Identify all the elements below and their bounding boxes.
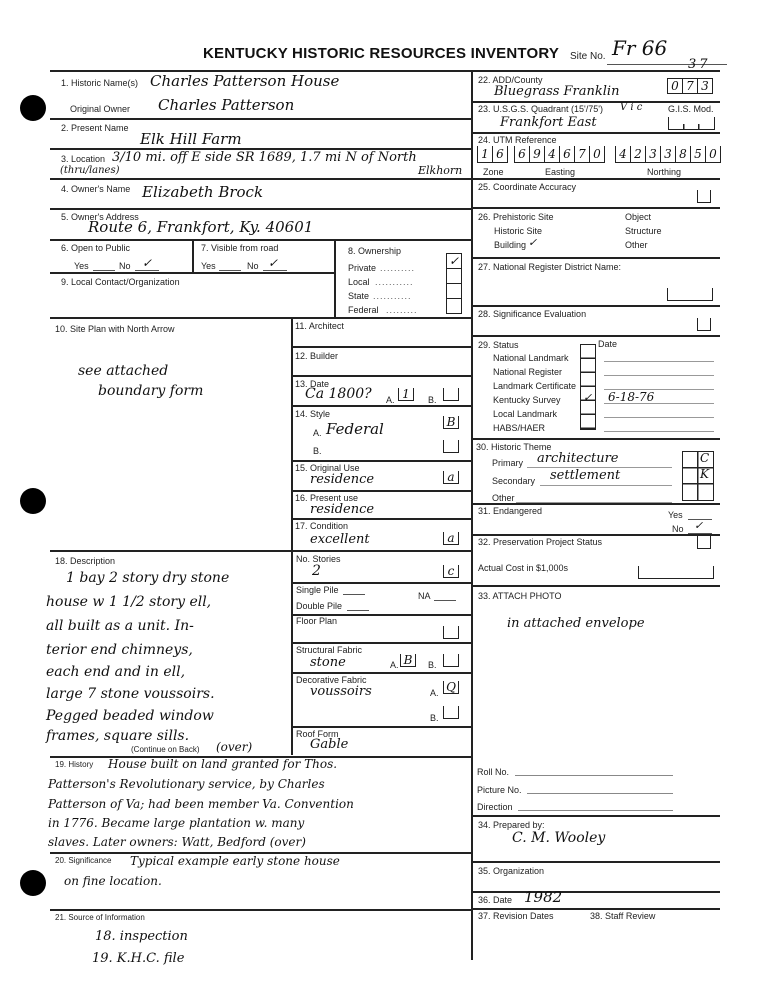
prepared-by-value[interactable]: C. M. Wooley xyxy=(512,830,605,846)
field-14-label: 14. Style xyxy=(295,409,330,419)
site-plan-line1[interactable]: see attached xyxy=(78,363,168,379)
ownership-federal-checkbox[interactable] xyxy=(446,298,462,314)
decorative-fabric-value[interactable]: voussoirs xyxy=(310,684,372,699)
continue-on-back: (Continue on Back) xyxy=(131,745,199,754)
divider xyxy=(50,317,471,319)
easting-label: Easting xyxy=(545,167,575,177)
county-code-boxes[interactable]: 0 7 3 xyxy=(667,78,713,94)
status-local-landmark: Local Landmark xyxy=(493,409,557,419)
date-prepared-value[interactable]: 1982 xyxy=(524,888,562,906)
decorative-b-label: B. xyxy=(430,713,439,723)
style-a-box[interactable]: B xyxy=(443,416,459,429)
style-a-value[interactable]: Federal xyxy=(326,420,384,438)
add-county-value[interactable]: Bluegrass Franklin xyxy=(494,84,619,99)
description-over: (over) xyxy=(216,740,252,754)
present-use-value[interactable]: residence xyxy=(310,502,374,517)
site-plan-line2[interactable]: boundary form xyxy=(98,383,203,399)
field-8-label: 8. Ownership xyxy=(348,246,401,256)
roll-no-label: Roll No. xyxy=(477,767,509,777)
field-33-label: 33. ATTACH PHOTO xyxy=(478,591,562,601)
na-label: NA xyxy=(418,591,431,601)
divider xyxy=(291,317,293,755)
structural-a-label: A. xyxy=(390,660,399,670)
field-3-label: 3. Location xyxy=(61,154,105,164)
status-landmark-certificate: Landmark Certificate xyxy=(493,381,576,391)
original-owner-label: Original Owner xyxy=(70,104,130,114)
field-35-label: 35. Organization xyxy=(478,866,544,876)
divider xyxy=(334,239,336,317)
endangered-yes-label: Yes xyxy=(668,510,683,520)
open-yes-blank[interactable] xyxy=(93,270,115,271)
divider xyxy=(50,550,471,552)
status-date-line[interactable] xyxy=(604,431,714,432)
significance-line[interactable]: on fine location. xyxy=(64,874,162,888)
divider xyxy=(471,503,720,505)
structural-a-box[interactable]: B xyxy=(400,654,416,667)
endangered-no-mark: ✓ xyxy=(694,519,703,532)
ownership-state-checkbox[interactable] xyxy=(446,283,462,299)
field-11-label: 11. Architect xyxy=(295,321,344,331)
field-29-label: 29. Status xyxy=(478,340,519,350)
location-value-line1[interactable]: 3/10 mi. off E side SR 1689, 1.7 mi N of… xyxy=(112,150,417,165)
condition-value[interactable]: excellent xyxy=(310,532,370,547)
original-use-code[interactable]: a xyxy=(443,471,459,484)
leader-dots: ........... xyxy=(375,277,414,287)
building-mark: ✓ xyxy=(528,236,537,249)
status-date-line[interactable] xyxy=(604,417,714,418)
field-17-label: 17. Condition xyxy=(295,521,348,531)
style-b-box[interactable] xyxy=(443,440,459,453)
field-32-label: 32. Preservation Project Status xyxy=(478,537,602,547)
field-34-label: 34. Prepared by: xyxy=(478,820,545,830)
divider xyxy=(471,305,720,307)
date-b-box[interactable] xyxy=(443,388,459,401)
open-no-label: No xyxy=(119,261,131,271)
field-10-label: 10. Site Plan with North Arrow xyxy=(55,324,175,334)
field-36-label: 36. Date xyxy=(478,895,512,905)
history-line[interactable]: Patterson of Va; had been member Va. Con… xyxy=(48,797,354,811)
ownership-local: Local xyxy=(348,277,370,287)
coordinate-accuracy-box[interactable] xyxy=(697,190,711,203)
description-line[interactable]: all built as a unit. In- xyxy=(46,618,194,634)
history-line[interactable]: in 1776. Became large plantation w. many xyxy=(48,816,304,830)
decorative-b-box[interactable] xyxy=(443,706,459,719)
kentucky-survey-date[interactable]: 6-18-76 xyxy=(608,390,654,404)
field-18-label: 18. Description xyxy=(55,556,115,566)
gis-mod-box[interactable] xyxy=(668,117,715,130)
condition-code[interactable]: a xyxy=(443,532,459,545)
object-option[interactable]: Object xyxy=(625,212,651,222)
divider xyxy=(471,815,720,817)
significance-line[interactable]: Typical example early stone house xyxy=(130,854,340,868)
field-12-label: 12. Builder xyxy=(295,351,338,361)
open-no-mark: ✓ xyxy=(142,256,152,270)
divider xyxy=(291,642,471,644)
field-21-label: 21. Source of Information xyxy=(55,913,145,922)
utm-easting-boxes[interactable]: 694670 xyxy=(514,146,605,163)
owner-name-value[interactable]: Elizabeth Brock xyxy=(142,183,263,201)
field-20-label: 20. Significance xyxy=(55,856,111,865)
location-value-line2[interactable]: Elkhorn xyxy=(418,164,462,177)
district-code-box[interactable] xyxy=(667,288,713,301)
theme-secondary-value[interactable]: settlement xyxy=(550,468,620,483)
building-option[interactable]: Building xyxy=(494,240,526,250)
description-line[interactable]: terior end chimneys, xyxy=(46,642,193,658)
style-b-label: B. xyxy=(313,446,322,456)
status-habs-haer: HABS/HAER xyxy=(493,423,545,433)
ownership-private: Private xyxy=(348,263,376,273)
divider xyxy=(471,891,720,893)
gis-mod-label: G.I.S. Mod. xyxy=(668,104,714,114)
field-25-label: 25. Coordinate Accuracy xyxy=(478,182,576,192)
divider xyxy=(291,582,471,584)
divider xyxy=(50,272,334,274)
field-9-label: 9. Local Contact/Organization xyxy=(61,277,180,287)
description-line[interactable]: large 7 stone voussoirs. xyxy=(46,686,215,702)
other-option[interactable]: Other xyxy=(625,240,648,250)
picture-no-blank[interactable] xyxy=(527,793,673,794)
divider xyxy=(50,118,471,120)
historic-site-option[interactable]: Historic Site xyxy=(494,226,542,236)
single-pile-blank[interactable] xyxy=(343,594,365,595)
open-yes-label: Yes xyxy=(74,261,89,271)
history-line[interactable]: House built on land granted for Thos. xyxy=(108,757,337,771)
structural-b-label: B. xyxy=(428,660,437,670)
divider xyxy=(50,239,471,241)
source-line[interactable]: 19. K.H.C. file xyxy=(92,951,184,966)
source-line[interactable]: 18. inspection xyxy=(95,929,188,944)
visible-no-blank[interactable] xyxy=(263,270,287,271)
divider xyxy=(291,672,471,674)
structure-option[interactable]: Structure xyxy=(625,226,662,236)
divider xyxy=(291,346,471,348)
original-use-value[interactable]: residence xyxy=(310,472,374,487)
attach-photo-value[interactable]: in attached envelope xyxy=(507,616,645,631)
divider xyxy=(192,239,194,272)
right-column-divider xyxy=(471,70,473,960)
date-a-box[interactable]: 1 xyxy=(398,388,414,401)
divider xyxy=(471,132,720,134)
divider xyxy=(471,335,720,337)
divider xyxy=(291,490,471,492)
visible-no-mark: ✓ xyxy=(268,256,278,270)
theme-primary-label: Primary xyxy=(492,458,523,468)
ownership-federal: Federal xyxy=(348,305,379,315)
visible-yes-label: Yes xyxy=(201,261,216,271)
divider xyxy=(471,207,720,209)
decorative-a-box[interactable]: Q xyxy=(443,681,459,694)
field-7-label: 7. Visible from road xyxy=(201,243,278,253)
divider xyxy=(471,257,720,259)
status-checkbox-column xyxy=(580,344,596,430)
date-b-label: B. xyxy=(428,395,437,405)
punch-hole-middle xyxy=(20,488,46,514)
divider xyxy=(50,178,471,180)
divider xyxy=(291,518,471,520)
historic-name-value[interactable]: Charles Patterson House xyxy=(150,72,339,90)
divider xyxy=(291,726,471,728)
theme-primary-code: C xyxy=(700,451,709,465)
divider xyxy=(471,908,720,910)
divider xyxy=(471,178,720,180)
owner-address-value[interactable]: Route 6, Frankfort, Ky. 40601 xyxy=(88,218,313,236)
status-kentucky-survey: Kentucky Survey xyxy=(493,395,561,405)
visible-no-label: No xyxy=(247,261,259,271)
quadrant-value[interactable]: Frankfort East xyxy=(500,115,597,130)
history-line[interactable]: Patterson's Revolutionary service, by Ch… xyxy=(48,777,325,791)
preservation-status-box[interactable] xyxy=(697,536,711,549)
site-no-value[interactable]: Fr 66 xyxy=(612,36,667,60)
double-pile-blank[interactable] xyxy=(347,610,369,611)
quadrant-note: V i c xyxy=(620,102,642,113)
style-a-label: A. xyxy=(313,428,322,438)
field-2-label: 2. Present Name xyxy=(61,123,129,133)
status-date-line[interactable] xyxy=(604,375,714,376)
leader-dots: ......... xyxy=(386,305,418,315)
floor-plan-box[interactable] xyxy=(443,626,459,639)
field-1-label: 1. Historic Name(s) xyxy=(61,78,138,88)
present-name-value[interactable]: Elk Hill Farm xyxy=(140,130,242,148)
description-line[interactable]: 1 bay 2 story dry stone xyxy=(66,570,229,586)
northing-label: Northing xyxy=(647,167,681,177)
status-national-register: National Register xyxy=(493,367,562,377)
field-4-label: 4. Owner's Name xyxy=(61,184,130,194)
structural-fabric-value[interactable]: stone xyxy=(310,655,346,670)
open-no-blank[interactable] xyxy=(135,270,159,271)
ownership-local-checkbox[interactable] xyxy=(446,268,462,284)
actual-cost-label: Actual Cost in $1,000s xyxy=(478,563,568,573)
site-no-label: Site No. xyxy=(570,51,606,62)
actual-cost-box[interactable] xyxy=(638,566,714,579)
divider xyxy=(471,861,720,863)
field-26-label: 26. Prehistoric Site xyxy=(478,212,554,222)
kentucky-survey-mark[interactable]: ✓ xyxy=(583,391,592,404)
theme-code-grid[interactable] xyxy=(682,451,714,501)
direction-blank[interactable] xyxy=(518,810,673,811)
leader-dots: .......... xyxy=(380,263,415,273)
utm-zone-boxes[interactable]: 16 xyxy=(477,146,508,163)
status-date-line[interactable] xyxy=(604,361,714,362)
floor-plan-label: Floor Plan xyxy=(296,616,337,626)
punch-hole-bottom xyxy=(20,870,46,896)
theme-primary-value[interactable]: architecture xyxy=(537,451,618,466)
structural-fabric-label: Structural Fabric xyxy=(296,645,362,655)
field-24-label: 24. UTM Reference xyxy=(478,135,557,145)
theme-secondary-line xyxy=(540,485,672,486)
double-pile-label: Double Pile xyxy=(296,601,342,611)
picture-no-label: Picture No. xyxy=(477,785,522,795)
location-sublabel: (thru/lanes) xyxy=(60,165,120,176)
divider xyxy=(50,909,471,911)
stories-code[interactable]: c xyxy=(443,565,459,578)
divider xyxy=(471,101,720,103)
visible-yes-blank[interactable] xyxy=(219,270,241,271)
description-line[interactable]: each end and in ell, xyxy=(46,664,185,680)
field-38-label: 38. Staff Review xyxy=(590,911,655,921)
description-line[interactable]: house w 1 1/2 story ell, xyxy=(46,594,211,610)
divider xyxy=(50,208,471,210)
zone-label: Zone xyxy=(483,167,504,177)
divider xyxy=(291,405,471,407)
original-owner-value[interactable]: Charles Patterson xyxy=(158,96,294,114)
description-line[interactable]: frames, square sills. xyxy=(46,728,189,744)
divider xyxy=(471,534,720,536)
field-27-label: 27. National Register District Name: xyxy=(478,262,621,272)
endangered-no-label: No xyxy=(672,524,684,534)
theme-secondary-label: Secondary xyxy=(492,476,535,486)
field-6-label: 6. Open to Public xyxy=(61,243,130,253)
county-code-correction: 37 xyxy=(688,57,711,72)
direction-label: Direction xyxy=(477,802,513,812)
date-value[interactable]: Ca 1800? xyxy=(305,386,372,402)
stories-value[interactable]: 2 xyxy=(312,563,321,579)
field-28-label: 28. Significance Evaluation xyxy=(478,309,586,319)
description-line[interactable]: Pegged beaded window xyxy=(46,708,214,724)
field-19-label: 19. History xyxy=(55,760,93,769)
form-title: KENTUCKY HISTORIC RESOURCES INVENTORY xyxy=(203,45,559,62)
divider xyxy=(471,585,720,587)
roll-no-blank[interactable] xyxy=(515,775,673,776)
punch-hole-top xyxy=(20,95,46,121)
leader-dots: ........... xyxy=(373,291,412,301)
history-line[interactable]: slaves. Later owners: Watt, Bedford (ove… xyxy=(48,835,306,849)
field-31-label: 31. Endangered xyxy=(478,506,542,516)
significance-evaluation-box[interactable] xyxy=(697,318,711,331)
na-blank[interactable] xyxy=(434,600,456,601)
field-37-label: 37. Revision Dates xyxy=(478,911,554,921)
theme-secondary-code: K xyxy=(700,467,709,481)
status-date-label: Date xyxy=(598,339,617,349)
structural-b-box[interactable] xyxy=(443,654,459,667)
divider xyxy=(471,438,720,440)
decorative-a-label: A. xyxy=(430,688,439,698)
status-national-landmark: National Landmark xyxy=(493,353,569,363)
ownership-state: State xyxy=(348,291,369,301)
single-pile-label: Single Pile xyxy=(296,585,339,595)
utm-northing-boxes[interactable]: 4233850 xyxy=(615,146,721,163)
field-23-label: 23. U.S.G.S. Quadrant (15'/75') xyxy=(478,104,603,114)
roof-form-value[interactable]: Gable xyxy=(310,737,348,752)
theme-other-label: Other xyxy=(492,493,515,503)
divider xyxy=(291,460,471,462)
divider xyxy=(291,375,471,377)
ownership-private-checkbox[interactable]: ✓ xyxy=(446,253,462,269)
date-a-label: A. xyxy=(386,395,395,405)
